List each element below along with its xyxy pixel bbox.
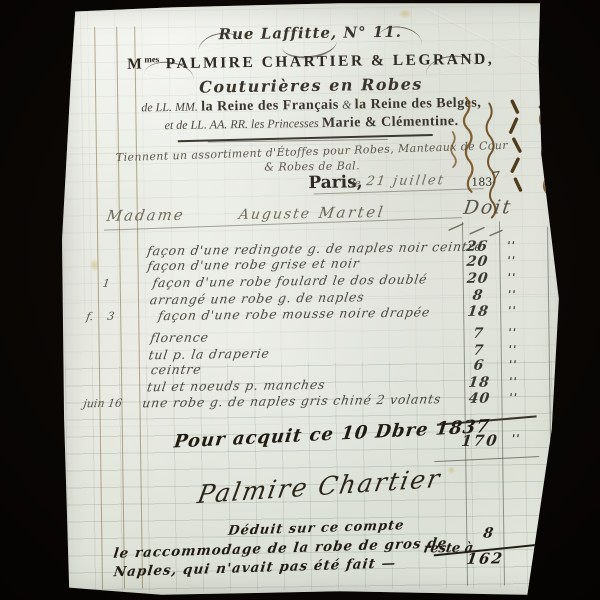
row-amount-francs: 20 [459,270,497,287]
row-description: une robe g. de naples gris chiné 2 volan… [141,391,442,410]
row-amount-francs: 40 [460,390,498,407]
row-description: façon d'une robe foulard le dos doublé [152,271,429,290]
patronage-2-prefix: et de LL. AA. RR. les Princesses [164,116,318,132]
patronage-1-prefix: de LL. MM. [141,100,198,115]
row-amount-centimes: '' [500,254,524,267]
patronage-2-princesses: Marie & Clémentine. [322,114,459,131]
paper-content: Rue Laffitte, N° 11. Mmes PALMIRE CHARTI… [56,0,572,600]
patronage-1-amp: & [342,97,352,111]
row-description: ceintre [150,362,203,378]
row-amount-francs: 20 [458,253,496,270]
row-margin-note: 1 [102,277,111,290]
row-amount-francs: 6 [460,357,498,374]
row-margin-note: f. 3 [85,310,115,323]
row-description: florence [149,329,210,345]
handwritten-date: 21 juillet [365,173,446,189]
row-amount-centimes: '' [501,375,525,388]
row-amount-centimes: '' [500,304,524,317]
row-amount-centimes: '' [501,343,525,356]
row-description: arrangé une robe g. de naples [149,289,366,307]
row-amount-francs: 18 [460,374,498,391]
row-amount-centimes: '' [501,326,525,339]
row-amount-centimes: '' [499,239,523,252]
paper-stain [559,441,571,453]
row-description: façon d'une robe mousse noire drapée [157,304,431,323]
row-amount-francs: 26 [458,238,496,255]
addressee-first-name: Auguste [238,206,313,223]
addressee-last-name: Martel [317,203,386,222]
row-amount-francs: 8 [459,287,497,304]
row-amount-centimes: '' [500,288,524,301]
ink-annotation-scribbles [442,89,564,241]
row-amount-francs: 7 [460,342,498,359]
row-description: tul p. la draperie [148,346,271,363]
total-amount-francs: 170 [459,431,501,450]
remainder-amount: 162 [465,549,505,568]
row-description: façon d'une robe grise et noir [146,255,360,273]
row-amount-centimes: '' [500,271,524,284]
row-amount-centimes: '' [502,391,526,404]
total-amount-centimes: '' [505,432,527,445]
row-description: tul et noeuds p. manches [146,377,326,395]
invoice-paper: Rue Laffitte, N° 11. Mmes PALMIRE CHARTI… [60,2,568,596]
patronage-1-queen-france: la Reine des Français [201,98,339,115]
row-margin-note: juin 16 [83,397,123,411]
row-amount-centimes: '' [501,358,525,371]
addressee-salutation: Madame [106,206,187,225]
le-label: le [351,178,362,189]
row-amount-francs: 7 [459,325,497,342]
row-amount-francs: 18 [459,303,497,320]
paper-stain [447,466,455,474]
deduction-amount: 8 [482,526,494,542]
house-name-prefix: M [127,56,144,73]
